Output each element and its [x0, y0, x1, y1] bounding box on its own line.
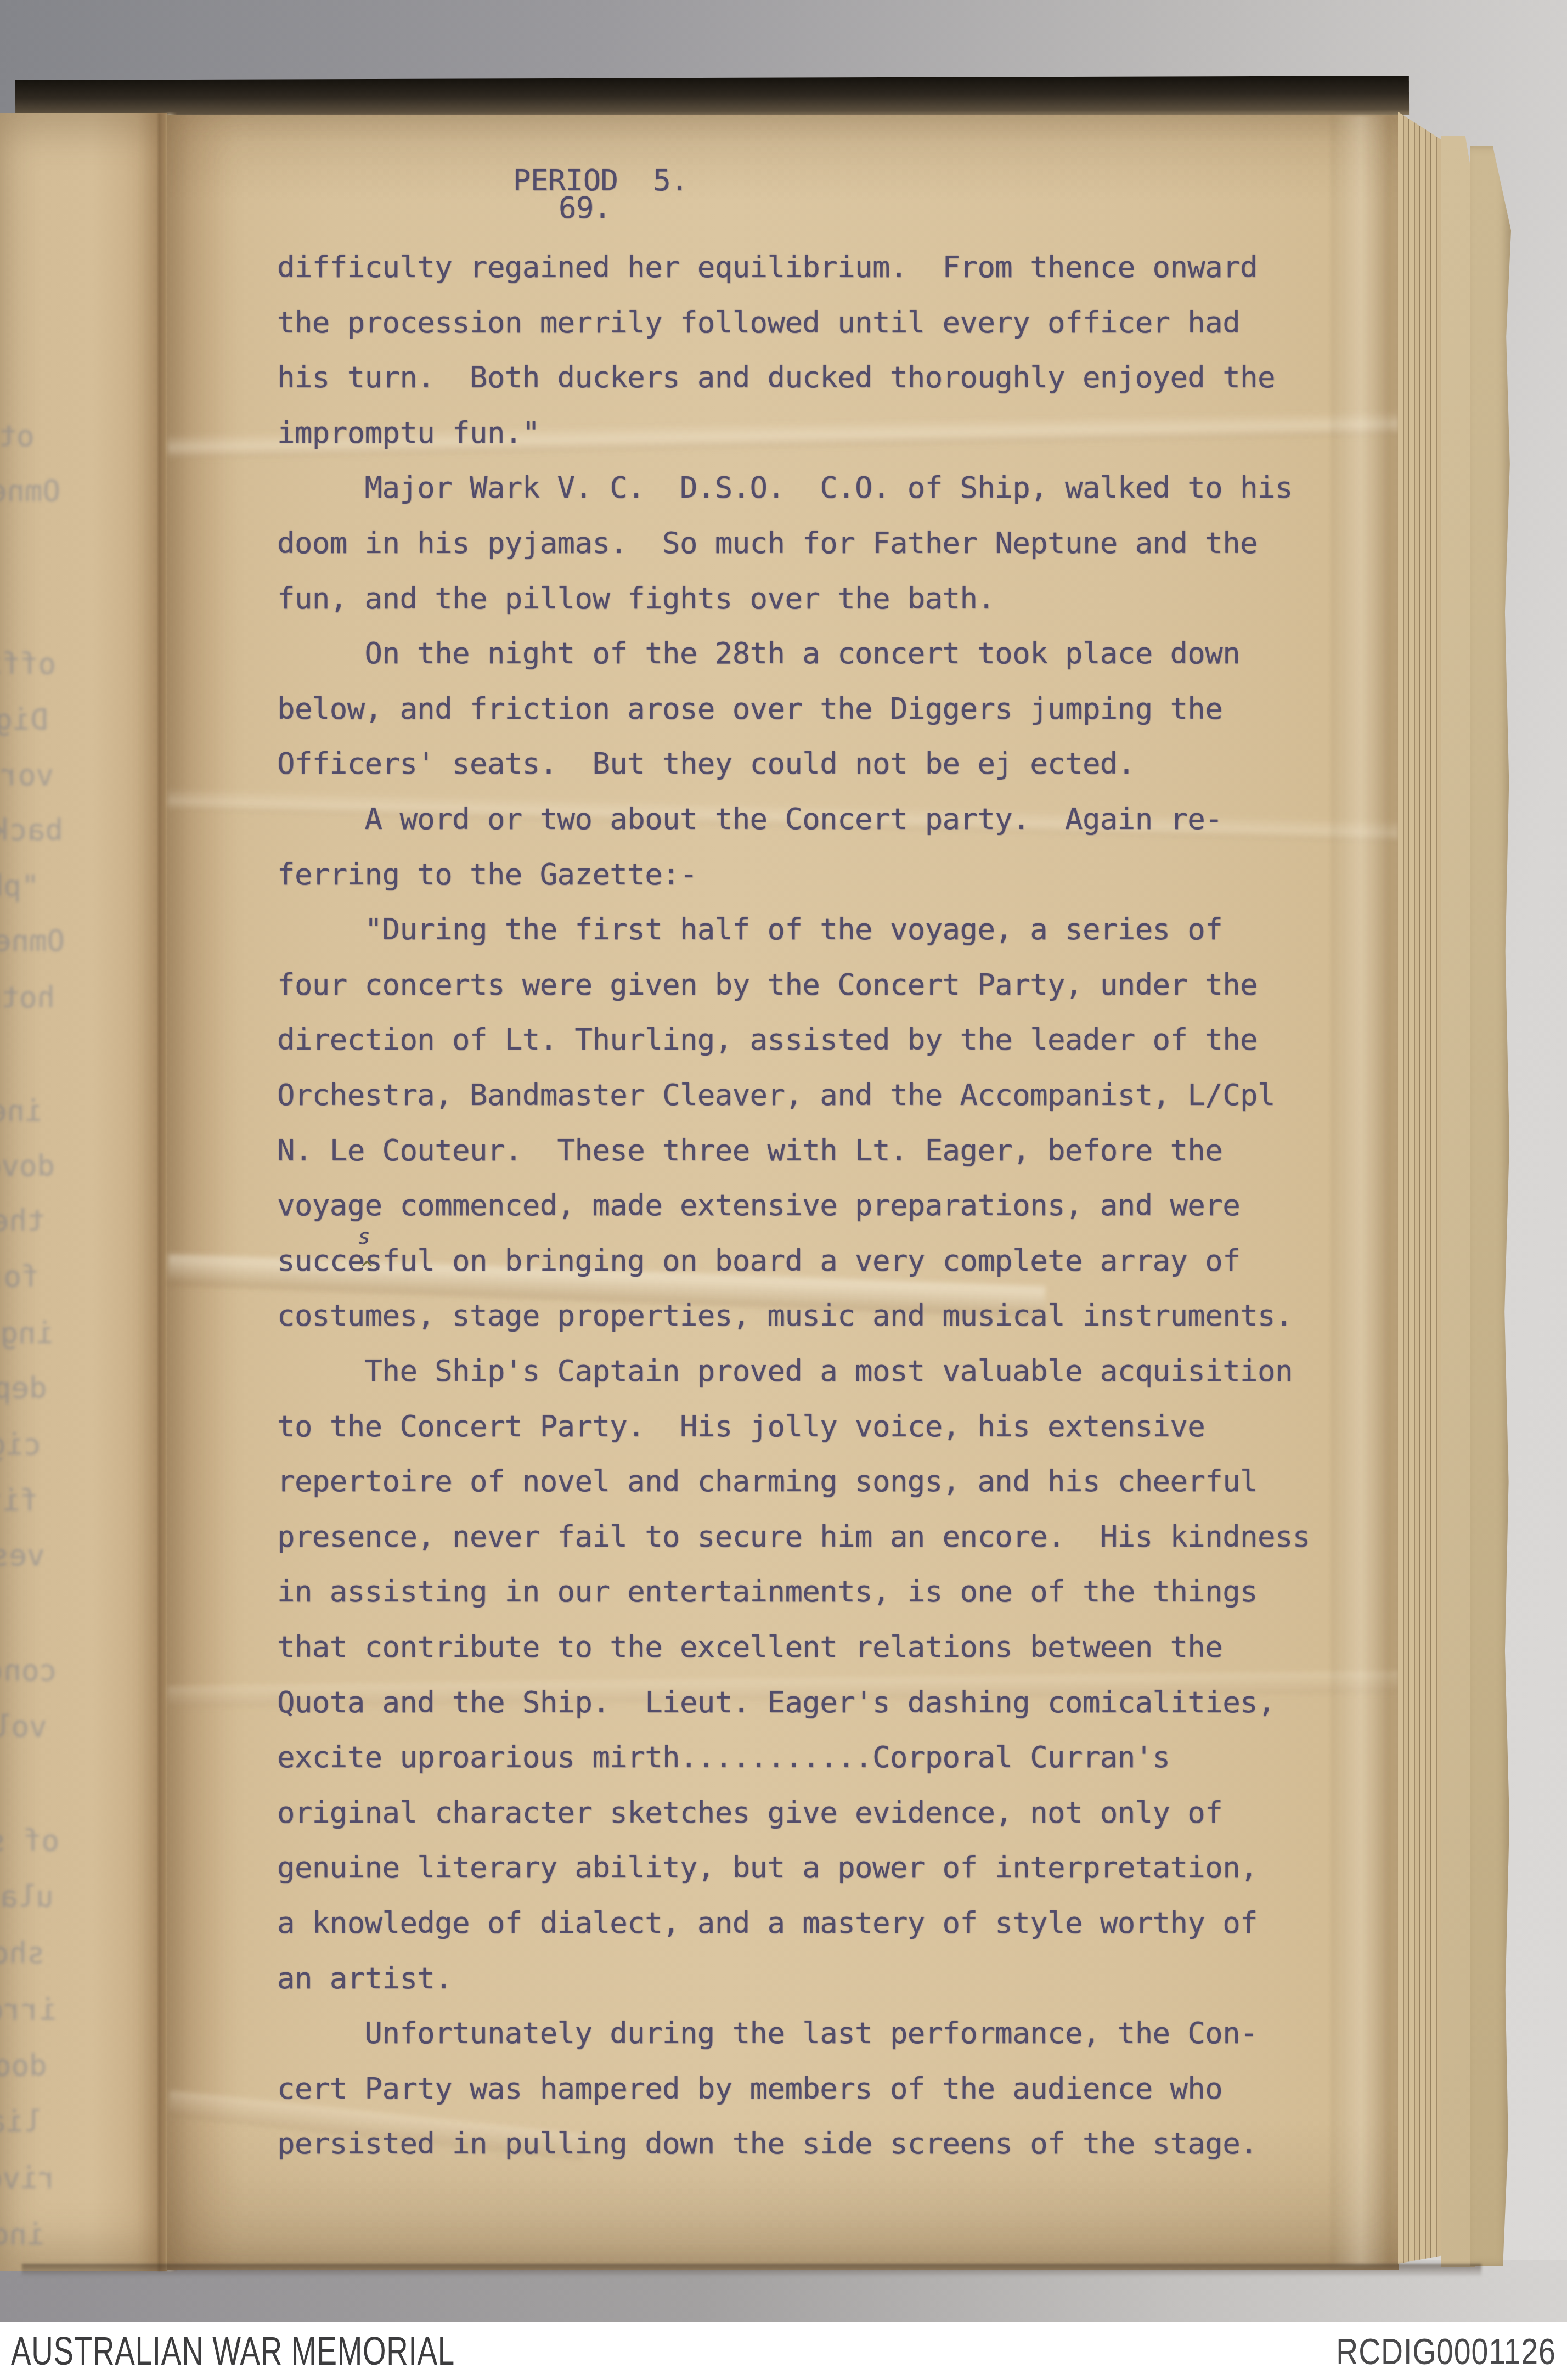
bleed-through-fragment: ine: [0, 1095, 43, 1127]
typed-line: Orchestra, Bandmaster Cleaver, and the A…: [277, 1079, 1275, 1111]
typed-line: On the night of the 28th a concert took …: [277, 638, 1240, 669]
bleed-through-fragment: ular: [0, 1881, 54, 1913]
typed-line: below, and friction arose over the Digge…: [277, 693, 1222, 725]
bleed-through-fragment: vory: [0, 759, 54, 791]
typed-line: Quota and the Ship. Lieut. Eager's dashi…: [277, 1687, 1275, 1718]
footer-item-id: RCDIG0001126: [1337, 2331, 1556, 2372]
insertion-caret: ^: [361, 1257, 373, 1280]
typed-line: excite uproarious mirth...........Corpor…: [277, 1741, 1170, 1773]
bleed-through-fragment: back: [0, 814, 63, 846]
footer-archive-name: AUSTRALIAN WAR MEMORIAL: [11, 2329, 455, 2374]
typed-line: genuine literary ability, but a power of…: [277, 1852, 1258, 1883]
bleed-through-fragment: lia: [0, 2106, 42, 2138]
bleed-through-fragment: rive: [0, 2162, 56, 2194]
bleed-through-fragment: fif: [0, 1485, 38, 1516]
bleed-through-fragment: doo: [0, 2050, 47, 2082]
typed-line: an artist.: [277, 1962, 452, 1994]
scanned-document: othOmneoffiDigvoryback"phOmnehotninedove…: [0, 0, 1567, 2380]
bleed-through-fragment: Omne: [0, 475, 60, 507]
typed-line: Major Wark V. C. D.S.O. C.O. of Ship, wa…: [277, 472, 1293, 504]
typed-line: N. Le Couteur. These three with Lt. Eage…: [277, 1135, 1222, 1166]
bleed-through-fragment: ves: [0, 1539, 45, 1571]
book-top-edge: [15, 76, 1409, 120]
bleed-through-fragment: cig: [0, 1429, 42, 1460]
typed-line: Officers' seats. But they could not be e…: [277, 748, 1135, 780]
rough-backing-page-edge: [1470, 146, 1511, 2266]
typed-line: a knowledge of dialect, and a mastery of…: [277, 1907, 1258, 1939]
typed-line: ferring to the Gazette:-: [277, 859, 697, 890]
typed-line: direction of Lt. Thurling, assisted by t…: [277, 1024, 1258, 1056]
typed-line: original character sketches give evidenc…: [277, 1797, 1222, 1829]
typed-line: The Ship's Captain proved a most valuabl…: [277, 1355, 1293, 1387]
typed-line: the procession merrily followed until ev…: [277, 307, 1240, 339]
typed-line: repertoire of novel and charming songs, …: [277, 1465, 1258, 1497]
bleed-through-fragment: dep: [0, 1372, 47, 1404]
bleed-through-fragment: offi: [0, 648, 56, 680]
typed-line: that contribute to the excellent relatio…: [277, 1631, 1222, 1663]
paper-fold-vertical: [1331, 115, 1391, 2266]
bleed-through-fragment: hotn: [0, 982, 55, 1013]
bleed-through-fragment: Omne: [0, 925, 65, 957]
bleed-through-fragment: Dig: [0, 704, 48, 736]
typed-line: four concerts were given by the Concert …: [277, 969, 1258, 1001]
bleed-through-fragment: "ph: [0, 870, 40, 902]
bleed-through-fragment: sho: [0, 1937, 45, 1969]
left-page-sliver: othOmneoffiDigvoryback"phOmnehotninedove…: [0, 113, 167, 2271]
typed-line: in assisting in our entertainments, is o…: [277, 1576, 1258, 1608]
typed-line: doom in his pyjamas. So much for Father …: [277, 527, 1258, 559]
typed-line: succesful on bringing on board a very co…: [277, 1245, 1240, 1277]
bleed-through-fragment: the: [0, 1205, 45, 1237]
typed-line: costumes, stage properties, music and mu…: [277, 1300, 1293, 1332]
bleed-through-fragment: ings: [0, 1317, 54, 1349]
typed-line: Unfortunately during the last performanc…: [277, 2017, 1258, 2049]
typed-line: his turn. Both duckers and ducked thorou…: [277, 362, 1275, 393]
page-bottom-shadow: [22, 2264, 1481, 2277]
bleed-through-fragment: conc: [0, 1655, 57, 1687]
bleed-through-fragment: vol: [0, 1711, 47, 1742]
page-stack-edges: [1398, 92, 1445, 2266]
typed-line: to the Concert Party. His jolly voice, h…: [277, 1411, 1205, 1442]
page-number: 69.: [559, 192, 611, 224]
bleed-through-fragment: irro: [0, 1994, 57, 2026]
typed-line: impromptu fun.": [277, 417, 540, 449]
typed-line: voyage commenced, made extensive prepara…: [277, 1189, 1240, 1221]
typed-line: fun, and the pillow fights over the bath…: [277, 583, 995, 614]
bleed-through-fragment: dove: [0, 1150, 55, 1182]
typed-line: cert Party was hampered by members of th…: [277, 2073, 1222, 2105]
bleed-through-fragment: oth: [0, 420, 35, 452]
typed-line: presence, never fail to secure him an en…: [277, 1521, 1310, 1553]
bleed-through-fragment: for: [0, 1261, 40, 1293]
typed-line: A word or two about the Concert party. A…: [277, 803, 1222, 835]
footer-bar: AUSTRALIAN WAR MEMORIAL RCDIG0001126: [0, 2322, 1567, 2380]
typed-line: difficulty regained her equilibrium. Fro…: [277, 251, 1258, 283]
typed-line: "During the first half of the voyage, a …: [277, 913, 1222, 945]
bleed-through-fragment: of s: [0, 1825, 59, 1857]
bleed-through-fragment: ind: [0, 2219, 45, 2251]
inserted-correction-letter: s: [358, 1225, 370, 1249]
typed-line: persisted in pulling down the side scree…: [277, 2128, 1258, 2159]
